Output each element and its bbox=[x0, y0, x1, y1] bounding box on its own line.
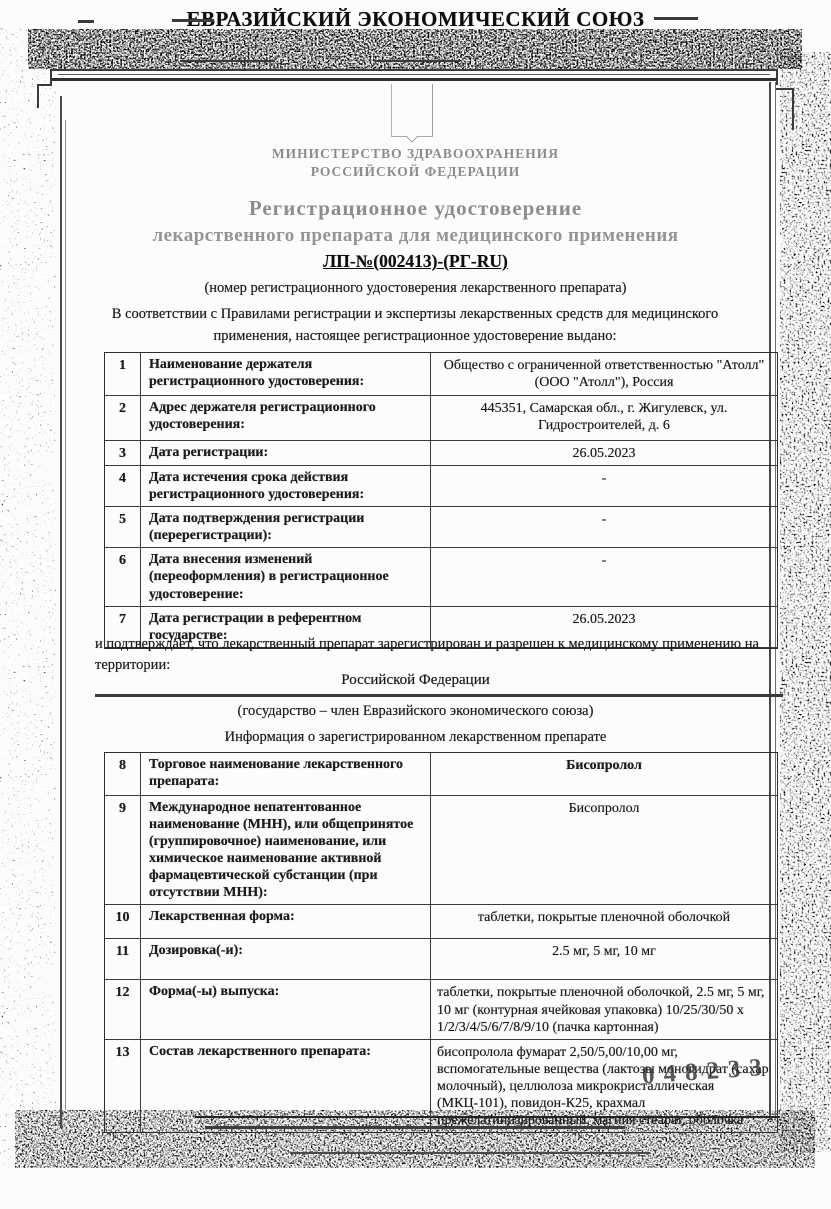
row-value: 2.5 мг, 5 мг, 10 мг bbox=[431, 939, 777, 979]
row-value: - bbox=[431, 466, 777, 506]
row-label: Дата истечения срока действия регистраци… bbox=[141, 466, 431, 506]
frame-corner-step bbox=[776, 69, 778, 85]
frame-corner-step bbox=[792, 88, 794, 130]
coat-of-arms-outline-icon bbox=[391, 84, 433, 137]
territory-caption: (государство – член Евразийского экономи… bbox=[0, 703, 831, 720]
emblem-chevron-icon bbox=[406, 131, 417, 142]
row-value: Бисопролол bbox=[431, 796, 777, 904]
registration-number: ЛП-№(002413)-(РГ-RU) bbox=[0, 251, 831, 272]
row-value: - bbox=[431, 507, 777, 547]
row-label: Торговое наименование лекарственного пре… bbox=[141, 753, 431, 795]
frame-corner-step bbox=[37, 84, 39, 108]
table-row: 12 Форма(-ы) выпуска: таблетки, покрытые… bbox=[105, 980, 777, 1039]
registration-number-caption: (номер регистрационного удостоверения ле… bbox=[0, 280, 831, 297]
confirmation-text: и подтверждает, что лекарственный препар… bbox=[95, 634, 787, 676]
title-dash-icon bbox=[654, 17, 698, 20]
row-value: 26.05.2023 bbox=[431, 441, 777, 465]
row-number: 8 bbox=[105, 753, 141, 795]
row-number: 13 bbox=[105, 1040, 141, 1132]
table-row: 13 Состав лекарственного препарата: бисо… bbox=[105, 1040, 777, 1132]
row-number: 11 bbox=[105, 939, 141, 979]
row-number: 12 bbox=[105, 980, 141, 1038]
holder-table: 1 Наименование держателя регистрационног… bbox=[104, 352, 778, 649]
row-number: 6 bbox=[105, 548, 141, 605]
row-value: Общество с ограниченной ответственностью… bbox=[431, 353, 777, 395]
row-value: таблетки, покрытые пленочной оболочкой bbox=[431, 905, 777, 938]
doc-title-line1: Регистрационное удостоверение bbox=[0, 196, 831, 221]
ministry-line1: МИНИСТЕРСТВО ЗДРАВООХРАНЕНИЯ bbox=[0, 146, 831, 162]
row-label: Наименование держателя регистрационного … bbox=[141, 353, 431, 395]
frame-line bbox=[375, 60, 460, 62]
row-value: таблетки, покрытые пленочной оболочкой, … bbox=[431, 980, 777, 1038]
table-row: 9 Международное непатентованное наименов… bbox=[105, 796, 777, 905]
table-row: 6 Дата внесения изменений (переоформлени… bbox=[105, 548, 777, 606]
row-label: Адрес держателя регистрационного удостов… bbox=[141, 396, 431, 440]
row-label: Дата внесения изменений (переоформления)… bbox=[141, 548, 431, 605]
union-title: ЕВРАЗИЙСКИЙ ЭКОНОМИЧЕСКИЙ СОЮЗ bbox=[0, 7, 831, 32]
title-dash-icon bbox=[78, 20, 94, 23]
frame-corner-step bbox=[50, 69, 52, 85]
table-row: 1 Наименование держателя регистрационног… bbox=[105, 353, 777, 396]
table-row: 2 Адрес держателя регистрационного удост… bbox=[105, 396, 777, 441]
row-label: Дозировка(-и): bbox=[141, 939, 431, 979]
row-label: Лекарственная форма: bbox=[141, 905, 431, 938]
row-number: 2 bbox=[105, 396, 141, 440]
scanned-certificate-page: ЕВРАЗИЙСКИЙ ЭКОНОМИЧЕСКИЙ СОЮЗ МИНИСТЕРС… bbox=[0, 0, 831, 1209]
frame-line-bottom bbox=[290, 1152, 650, 1154]
table-row: 5 Дата подтверждения регистрации (перере… bbox=[105, 507, 777, 548]
territory-underline bbox=[95, 694, 783, 697]
table-row: 11 Дозировка(-и): 2.5 мг, 5 мг, 10 мг bbox=[105, 939, 777, 980]
frame-line bbox=[180, 60, 275, 62]
row-label: Международное непатентованное наименован… bbox=[141, 796, 431, 904]
table-row: 10 Лекарственная форма: таблетки, покрыт… bbox=[105, 905, 777, 939]
row-number: 1 bbox=[105, 353, 141, 395]
frame-corner-step bbox=[37, 84, 52, 86]
top-border-ornament bbox=[28, 29, 802, 69]
frame-line-top bbox=[58, 74, 770, 75]
row-number: 3 bbox=[105, 441, 141, 465]
row-value: Бисопролол bbox=[431, 753, 777, 795]
row-label: Форма(-ы) выпуска: bbox=[141, 980, 431, 1038]
table-row: 3 Дата регистрации: 26.05.2023 bbox=[105, 441, 777, 466]
intro-paragraph: В соответствии с Правилами регистрации и… bbox=[85, 304, 745, 348]
row-number: 9 bbox=[105, 796, 141, 904]
row-number: 4 bbox=[105, 466, 141, 506]
product-table: 8 Торговое наименование лекарственного п… bbox=[104, 752, 778, 1133]
ministry-line2: РОССИЙСКОЙ ФЕДЕРАЦИИ bbox=[0, 164, 831, 180]
frame-line-top bbox=[50, 78, 778, 81]
row-value: - bbox=[431, 548, 777, 605]
row-value: бисопролола фумарат 2,50/5,00/10,00 мг, … bbox=[431, 1040, 777, 1132]
title-dash-icon bbox=[172, 19, 214, 22]
row-label: Дата регистрации: bbox=[141, 441, 431, 465]
table-row: 4 Дата истечения срока действия регистра… bbox=[105, 466, 777, 507]
row-number: 5 bbox=[105, 507, 141, 547]
table-row: 8 Торговое наименование лекарственного п… bbox=[105, 753, 777, 796]
row-value: 445351, Самарская обл., г. Жигулевск, ул… bbox=[431, 396, 777, 440]
doc-title-line2: лекарственного препарата для медицинског… bbox=[0, 225, 831, 247]
row-label: Дата подтверждения регистрации (перереги… bbox=[141, 507, 431, 547]
row-number: 10 bbox=[105, 905, 141, 938]
frame-line-top bbox=[50, 69, 778, 71]
row-label: Состав лекарственного препарата: bbox=[141, 1040, 431, 1132]
info-section-title: Информация о зарегистрированном лекарств… bbox=[0, 729, 831, 746]
territory-name: Российской Федерации bbox=[0, 672, 831, 689]
